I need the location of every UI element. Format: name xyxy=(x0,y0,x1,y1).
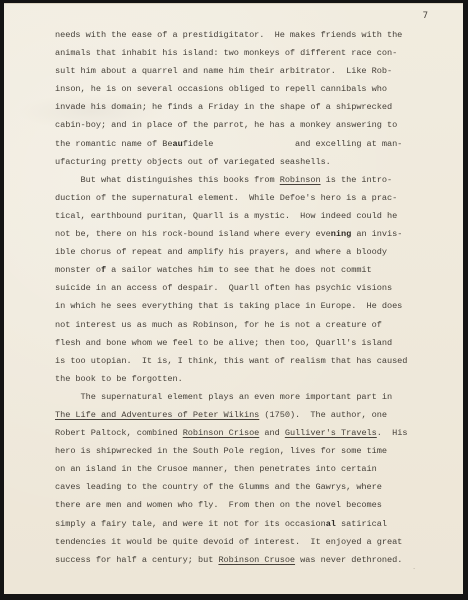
text-run: fidele and excelling at man- xyxy=(183,139,403,149)
text-run: inson, he is on several occasions oblige… xyxy=(55,84,387,94)
text-run: duction of the supernatural element. Whi… xyxy=(55,193,397,203)
text-run: suicide in an access of despair. Quarll … xyxy=(55,283,392,293)
text-run: (1750). The author, one xyxy=(259,410,387,420)
text-run: sult him about a quarrel and name him th… xyxy=(55,66,392,76)
text-line: caves leading to the country of the Glum… xyxy=(55,478,435,496)
paragraph: The supernatural element plays an even m… xyxy=(55,388,435,569)
text-run: not interest us as much as Robinson, for… xyxy=(55,320,382,330)
text-run: was never dethroned. xyxy=(295,555,402,565)
paper-mark: - xyxy=(413,566,415,572)
text-run: monster o xyxy=(55,265,101,275)
text-run: invade his domain; he finds a Friday in … xyxy=(55,102,392,112)
text-run: caves leading to the country of the Glum… xyxy=(55,482,382,492)
text-run: cabin-boy; and in place of the parrot, h… xyxy=(55,120,397,130)
paragraph: But what distinguishes this books from R… xyxy=(55,171,435,388)
underlined-title: Robinson xyxy=(280,175,321,185)
overtyped-text: ning xyxy=(331,229,351,239)
text-line: invade his domain; he finds a Friday in … xyxy=(55,98,435,116)
text-run: is the intro- xyxy=(321,175,393,185)
text-run: tendencies it would be quite devoid of i… xyxy=(55,537,402,547)
text-run: a sailor watches him to see that he does… xyxy=(106,265,372,275)
text-line: the romantic name of Beaufidele and exce… xyxy=(55,135,435,153)
text-line: The Life and Adventures of Peter Wilkins… xyxy=(55,406,435,424)
text-run: The supernatural element plays an even m… xyxy=(55,392,392,402)
text-line: tendencies it would be quite devoid of i… xyxy=(55,533,435,551)
text-run: in which he sees everything that is taki… xyxy=(55,301,402,311)
text-line: cabin-boy; and in place of the parrot, h… xyxy=(55,116,435,134)
underlined-title: The Life and Adventures of Peter Wilkins xyxy=(55,410,259,420)
text-line: not interest us as much as Robinson, for… xyxy=(55,316,435,334)
text-line: there are men and women who fly. From th… xyxy=(55,496,435,514)
paragraph: needs with the ease of a prestidigitator… xyxy=(55,26,435,171)
text-run: . His xyxy=(377,428,408,438)
text-line: ible chorus of repeat and amplify his pr… xyxy=(55,243,435,261)
text-line: needs with the ease of a prestidigitator… xyxy=(55,26,435,44)
text-line: monster of a sailor watches him to see t… xyxy=(55,261,435,279)
typewritten-page: 7 needs with the ease of a prestidigitat… xyxy=(4,3,463,594)
overtyped-text: au xyxy=(172,139,182,149)
text-run: Robert Paltock, combined xyxy=(55,428,183,438)
text-run: the book to be forgotten. xyxy=(55,374,183,384)
body-text: needs with the ease of a prestidigitator… xyxy=(55,26,435,569)
text-line: Robert Paltock, combined Robinson Crisoe… xyxy=(55,424,435,442)
underlined-title: Gulliver's Travels xyxy=(285,428,377,438)
text-line: But what distinguishes this books from R… xyxy=(55,171,435,189)
page-number: 7 xyxy=(423,11,428,21)
text-run: satirical xyxy=(336,519,387,529)
text-run: there are men and women who fly. From th… xyxy=(55,500,382,510)
text-line: flesh and bone whom we feel to be alive;… xyxy=(55,334,435,352)
text-line: The supernatural element plays an even m… xyxy=(55,388,435,406)
text-line: sult him about a quarrel and name him th… xyxy=(55,62,435,80)
text-run: not be, there on his rock-bound island w… xyxy=(55,229,331,239)
overtyped-text: al xyxy=(326,519,336,529)
text-run: the romantic name of Be xyxy=(55,139,172,149)
text-line: hero is shipwrecked in the South Pole re… xyxy=(55,442,435,460)
text-run: flesh and bone whom we feel to be alive;… xyxy=(55,338,392,348)
text-run: hero is shipwrecked in the South Pole re… xyxy=(55,446,387,456)
text-run: ible chorus of repeat and amplify his pr… xyxy=(55,247,387,257)
text-line: ufacturing pretty objects out of variega… xyxy=(55,153,435,171)
text-line: animals that inhabit his island: two mon… xyxy=(55,44,435,62)
text-run: and xyxy=(259,428,285,438)
text-run: simply a fairy tale, and were it not for… xyxy=(55,519,326,529)
text-line: inson, he is on several occasions oblige… xyxy=(55,80,435,98)
text-line: not be, there on his rock-bound island w… xyxy=(55,225,435,243)
text-run: success for half a century; but xyxy=(55,555,218,565)
text-run: But what distinguishes this books from xyxy=(55,175,280,185)
text-line: suicide in an access of despair. Quarll … xyxy=(55,279,435,297)
text-run: an invis- xyxy=(351,229,402,239)
text-line: is too utopian. It is, I think, this wan… xyxy=(55,352,435,370)
text-run: is too utopian. It is, I think, this wan… xyxy=(55,356,407,366)
text-run: animals that inhabit his island: two mon… xyxy=(55,48,397,58)
text-line: success for half a century; but Robinson… xyxy=(55,551,435,569)
text-run: needs with the ease of a prestidigitator… xyxy=(55,30,402,40)
text-line: the book to be forgotten. xyxy=(55,370,435,388)
text-line: in which he sees everything that is taki… xyxy=(55,297,435,315)
underlined-title: Robinson Crisoe xyxy=(183,428,260,438)
underlined-title: Robinson Crusoe xyxy=(218,555,295,565)
text-run: on an island in the Crusoe manner, then … xyxy=(55,464,377,474)
text-line: tical, earthbound puritan, Quarll is a m… xyxy=(55,207,435,225)
text-line: simply a fairy tale, and were it not for… xyxy=(55,515,435,533)
text-run: ufacturing pretty objects out of variega… xyxy=(55,157,331,167)
text-run: tical, earthbound puritan, Quarll is a m… xyxy=(55,211,397,221)
text-line: duction of the supernatural element. Whi… xyxy=(55,189,435,207)
text-line: on an island in the Crusoe manner, then … xyxy=(55,460,435,478)
